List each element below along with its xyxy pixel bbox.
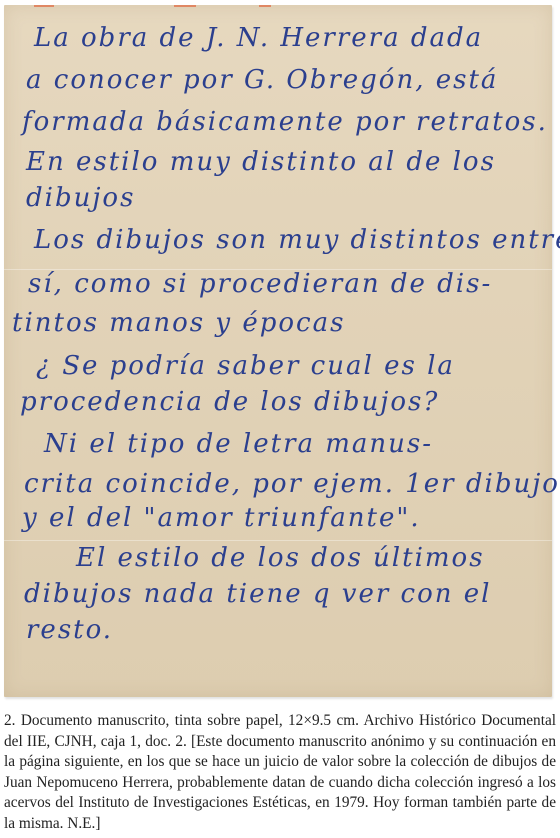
figure-caption: 2. Documento manuscrito, tinta sobre pap… — [4, 711, 556, 834]
edge-mark — [34, 5, 54, 7]
handwritten-line: resto. — [26, 617, 542, 643]
handwritten-line: formada básicamente por retratos. — [22, 109, 542, 135]
handwritten-line: Ni el tipo de letra manus- — [44, 431, 542, 457]
handwritten-line: Los dibujos son muy distintos entre — [34, 227, 542, 253]
handwritten-line: tintos manos y épocas — [12, 310, 542, 336]
edge-mark — [259, 5, 271, 7]
handwritten-line: La obra de J. N. Herrera dada — [34, 25, 542, 51]
handwritten-line: procedencia de los dibujos? — [20, 389, 542, 415]
handwritten-line: crita coincide, por ejem. 1er dibujo — [24, 471, 542, 497]
handwritten-line: dibujos nada tiene q ver con el — [24, 581, 542, 607]
manuscript-paper: La obra de J. N. Herrera dada a conocer … — [4, 5, 552, 697]
paper-fold — [4, 540, 552, 541]
caption-text: 2. Documento manuscrito, tinta sobre pap… — [4, 711, 556, 834]
handwritten-line: sí, como si procedieran de dis- — [28, 271, 542, 297]
handwritten-line: ¿ Se podría saber cual es la — [36, 353, 542, 379]
handwritten-line: y el del "amor triunfante". — [22, 505, 542, 531]
handwritten-line: En estilo muy distinto al de los — [26, 149, 542, 175]
handwritten-line: a conocer por G. Obregón, está — [26, 67, 542, 93]
edge-mark — [174, 5, 196, 7]
handwritten-line: El estilo de los dos últimos — [76, 545, 542, 571]
handwritten-line: dibujos — [26, 185, 542, 211]
